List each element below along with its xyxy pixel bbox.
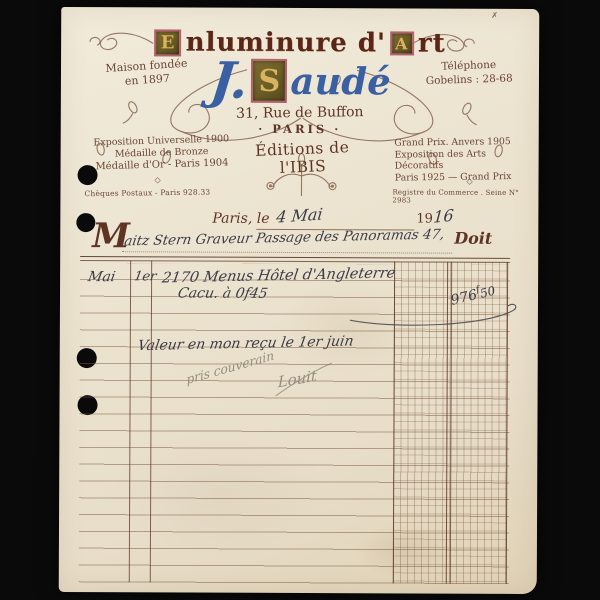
award-grand-prix-anvers: Grand Prix. Anvers 1905 [394, 136, 530, 149]
awards-left-block: Exposition Universelle 1900 Médaille de … [80, 133, 243, 174]
award-arts-decoratifs: Exposition des Arts Décoratifs [394, 147, 530, 172]
illuminated-initial-s: S [251, 59, 287, 103]
printed-century: 19 [416, 212, 433, 227]
cheques-postaux-line: Chèques Postaux - Paris 928.33 [84, 188, 210, 199]
name-rest: audé [290, 62, 390, 99]
entry-description-line2: Cacu. à 0f45 [177, 285, 269, 301]
diamond-ornament-right: ◇ [467, 177, 473, 186]
award-paris-1925: Paris 1925 — Grand Prix [395, 171, 531, 184]
amount-centimes: 50 [479, 284, 497, 301]
addressee-rule [122, 235, 452, 253]
registre-commerce-line: Registre du Commerce . Seine N° 2983 [392, 188, 538, 205]
title-text-end: rt [418, 29, 446, 59]
invoice-sheet: ✗ E nluminure d' A rt Maison fondée en 1… [59, 7, 540, 594]
name-first: J. [208, 56, 251, 106]
proprietor-name: J. S audé [189, 54, 413, 109]
diamond-ornament-left: ◇ [155, 175, 161, 184]
telephone-block: Téléphone Gobelins : 28-68 [413, 57, 526, 89]
printed-doit: Doit [454, 229, 492, 248]
entry-month: Mai [87, 269, 117, 285]
illuminated-initial-a: A [390, 31, 414, 55]
awards-right-block: Grand Prix. Anvers 1905 Exposition des A… [394, 136, 531, 184]
city-line: · PARIS · [61, 121, 539, 137]
handwritten-date: 4 Mai [275, 204, 323, 226]
handwritten-year: 16 [433, 205, 455, 226]
entry-day: 1er [133, 269, 158, 284]
editions-line: Éditions de l'IBIS [230, 137, 375, 179]
illuminated-initial-e: E [155, 29, 182, 56]
